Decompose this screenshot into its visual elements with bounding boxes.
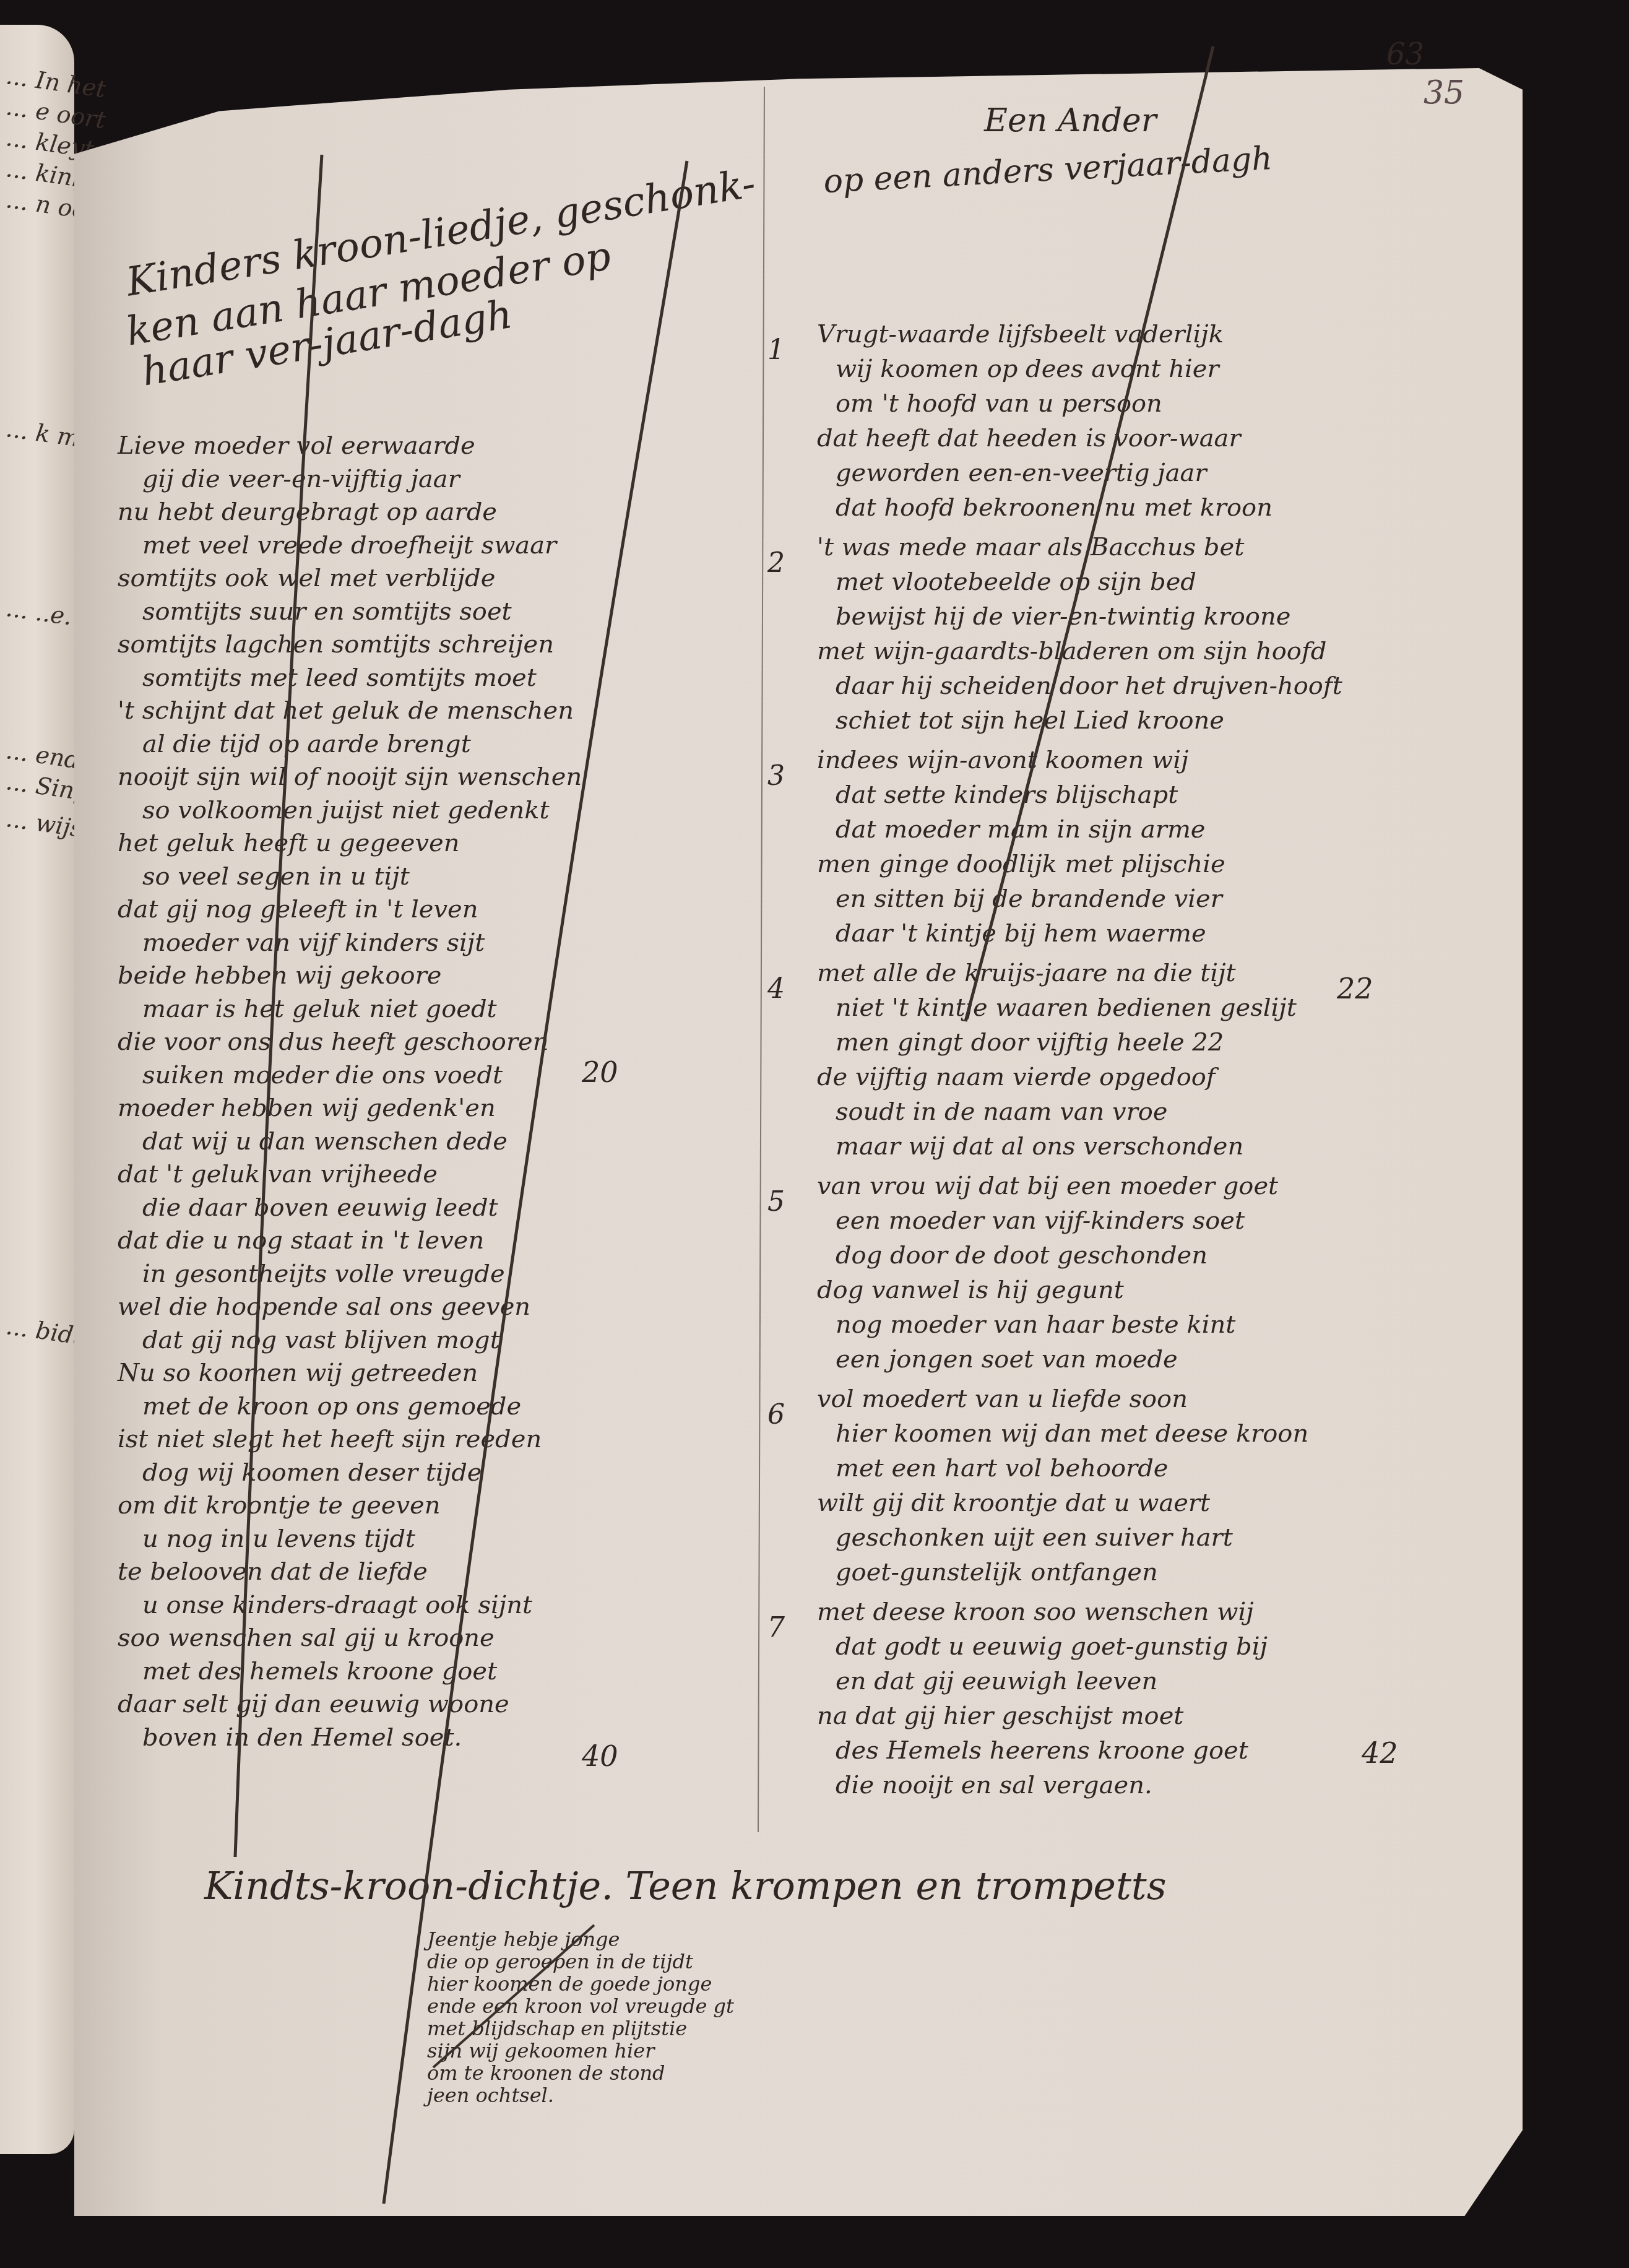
verse-line: somtijts suur en somtijts soet [142,599,512,624]
verse-line: goet-gunstelijk ontfangen [836,1560,1158,1585]
verse-line: een jongen soet van moede [836,1347,1178,1372]
verse-line: dat sette kinders blijschapt [836,782,1178,807]
verse-line: dat moeder mam in sijn arme [836,817,1206,842]
left-page-edge: ... In het ... e oort ... kleyt ... kini… [0,25,74,2154]
verse-line: dat wij u dan wenschen dede [142,1129,508,1154]
verse-line: al die tijd op aarde brengt [142,732,471,756]
verse-line: boven in den Hemel soet. [142,1725,462,1750]
stanza-number: 2 [767,547,785,579]
verse-line: dat 't geluk van vrijheede [118,1162,438,1187]
small-crossed-note: Jeentje hebje jongedie op geroepen in de… [427,1928,734,2106]
verse-line: met vlootebeelde op sijn bed [836,569,1196,594]
verse-line: vol moedert van u liefde soon [817,1387,1188,1411]
verse-line: wel die hoopende sal ons geeven [118,1294,530,1319]
verse-line: dog vanwel is hij gegunt [817,1278,1124,1302]
verse-line: somtijts lagchen somtijts schreijen [118,632,554,657]
verse-line: 't schijnt dat het geluk de menschen [118,698,574,723]
verse-line: indees wijn-avont koomen wij [817,748,1188,773]
stanza-number: 1 [767,334,785,366]
stanza-number: 4 [767,973,785,1005]
verse-line: soudt in de naam van vroe [836,1099,1168,1124]
note-line: hier koomen de goede jonge [427,1973,734,1995]
verse-line: soo wenschen sal gij u kroone [118,1625,495,1650]
verse-line: met wijn-gaardts-bladeren om sijn hoofd [817,639,1326,664]
note-line: jeen ochtsel. [427,2084,734,2106]
verse-line: wij koomen op dees avont hier [836,357,1219,381]
verse-line: hier koomen wij dan met deese kroon [836,1421,1308,1446]
verse-line: en sitten bij de brandende vier [836,886,1222,911]
line-count-mark: 42 [1362,1736,1398,1770]
verse-line: nog moeder van haar beste kint [836,1312,1235,1337]
verse-line: moeder hebben wij gedenk'en [118,1096,496,1120]
line-count-mark: 22 [1337,972,1373,1005]
verse-line: somtijts met leed somtijts moet [142,665,537,690]
verse-line: de vijftig naam vierde opgedoof [817,1065,1216,1089]
note-line: met blijdschap en plijtstie [427,2017,734,2040]
verse-line: die voor ons dus heeft geschooren [118,1029,548,1054]
margin-fragment: ... bidt [4,1312,84,1350]
stanza-number: 5 [767,1186,785,1218]
right-heading-line-1: Een Ander [984,102,1157,139]
verse-line: te belooven dat de liefde [118,1559,428,1584]
note-line: ende een kroon vol vreugde gt [427,1995,734,2017]
stanza-number: 7 [767,1612,785,1643]
verse-line: daar 't kintje bij hem waerme [836,921,1206,946]
verse-line: nooijt sijn wil of nooijt sijn wenschen [118,764,582,789]
verse-line: bewijst hij de vier-en-twintig kroone [836,604,1290,629]
note-line: Jeentje hebje jonge [427,1928,734,1950]
verse-line: dat gij nog vast blijven mogt [142,1328,500,1353]
verse-line: dat die u nog staat in 't leven [118,1228,484,1253]
verse-line: so volkoomen juijst niet gedenkt [142,798,550,823]
bottom-title: Kindts-kroon-dichtje. Teen krompen en tr… [204,1863,1167,1908]
verse-line: men gingt door vijftig heele 22 [836,1030,1224,1055]
verse-line: dat heeft dat heeden is voor-waar [817,426,1241,451]
verse-line: geschonken uijt een suiver hart [836,1525,1233,1550]
verse-line: schiet tot sijn heel Lied kroone [836,708,1224,733]
verse-line: dat godt u eeuwig goet-gunstig bij [836,1634,1268,1659]
verse-line: Nu so koomen wij getreeden [118,1361,478,1385]
verse-line: het geluk heeft u gegeeven [118,831,459,855]
margin-fragment: ... ..e. [4,594,74,630]
verse-line: nu hebt deurgebragt op aarde [118,500,497,524]
verse-line: ist niet slegt het heeft sijn reeden [118,1427,542,1452]
verse-line: wilt gij dit kroontje dat u waert [817,1491,1210,1515]
page-number-pencil: 35 [1424,74,1464,111]
verse-line: maar wij dat al ons verschonden [836,1134,1243,1159]
verse-line: somtijts ook wel met verblijde [118,566,495,591]
stanza-number: 6 [767,1399,785,1430]
verse-line: in gesontheijts volle vreugde [142,1262,505,1286]
stanza-number: 3 [767,760,785,792]
verse-line: met de kroon op ons gemoede [142,1394,521,1419]
verse-line: met veel vreede droefheijt swaar [142,533,556,558]
verse-line: beide hebben wij gekoore [118,963,441,988]
verse-line: Vrugt-waarde lijfsbeelt vaderlijk [817,322,1224,347]
note-line: die op geroepen in de tijdt [427,1950,734,1973]
line-count-mark: 40 [582,1739,618,1773]
note-line: sijn wij gekoomen hier [427,2040,734,2062]
verse-line: met een hart vol behoorde [836,1456,1169,1481]
verse-line: Lieve moeder vol eerwaarde [118,433,475,458]
verse-line: dat hoofd bekroonen nu met kroon [836,495,1273,520]
verse-line: 't was mede maar als Bacchus bet [817,535,1244,560]
verse-line: dog wij koomen deser tijde [142,1460,482,1485]
verse-line: daar hij scheiden door het drujven-hooft [836,673,1342,698]
verse-line: u onse kinders-draagt ook sijnt [142,1593,532,1617]
verse-line: dat gij nog geleeft in 't leven [118,897,478,922]
verse-line: met deese kroon soo wenschen wij [817,1599,1254,1624]
verse-line: so veel segen in u tijt [142,864,410,889]
verse-line: van vrou wij dat bij een moeder goet [817,1174,1278,1198]
verse-line: daar selt gij dan eeuwig woone [118,1692,509,1716]
page-number: 63 [1386,37,1424,72]
verse-line: moeder van vijf kinders sijt [142,930,485,955]
verse-line: u nog in u levens tijdt [142,1526,415,1551]
verse-line: men ginge doodlijk met plijschie [817,852,1225,876]
note-line: om te kroonen de stond [427,2062,734,2084]
verse-line: suiken moeder die ons voedt [142,1063,503,1088]
verse-line: dog door de doot geschonden [836,1243,1208,1268]
verse-line: gij die veer-en-vijftig jaar [142,467,460,491]
verse-line: om 't hoofd van u persoon [836,391,1162,416]
verse-line: om dit kroontje te geeven [118,1493,441,1518]
verse-line: met des hemels kroone goet [142,1659,497,1684]
verse-line: geworden een-en-veertig jaar [836,461,1207,485]
verse-line: maar is het geluk niet goedt [142,997,497,1021]
verse-line: die daar boven eeuwig leedt [142,1195,498,1220]
verse-line: na dat gij hier geschijst moet [817,1703,1183,1728]
verse-line: met alle de kruijs-jaare na die tijt [817,961,1236,985]
verse-line: die nooijt en sal vergaen. [836,1773,1152,1798]
line-count-mark: 20 [582,1055,618,1089]
verse-line: een moeder van vijf-kinders soet [836,1208,1245,1233]
verse-line: niet 't kintje waaren bedienen geslijt [836,995,1297,1020]
verse-line: des Hemels heerens kroone goet [836,1738,1248,1763]
verse-line: en dat gij eeuwigh leeven [836,1669,1157,1694]
